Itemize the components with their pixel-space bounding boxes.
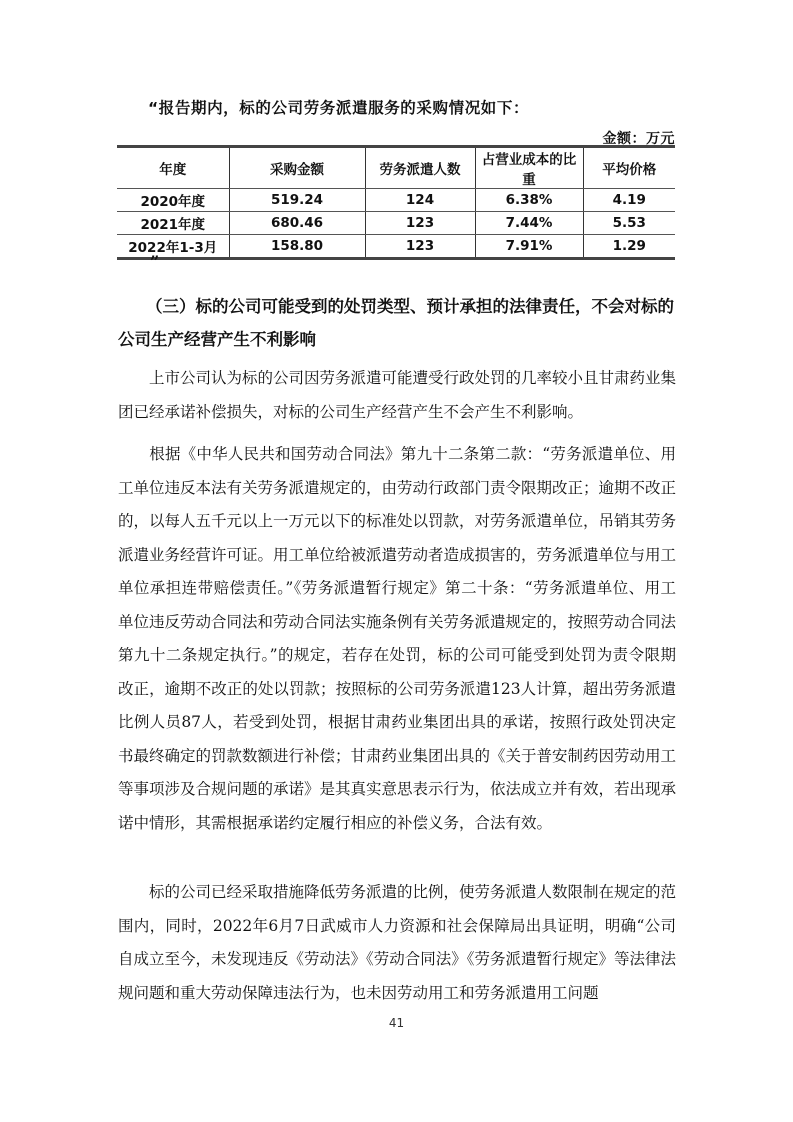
cell-year: 2020年度 — [117, 189, 229, 212]
document-page: “报告期内，标的公司劳务派遣服务的采购情况如下： 金额：万元 年度 采购金额 劳… — [0, 0, 793, 1122]
paragraph-1-text: 上市公司认为标的公司因劳务派遣可能遭受行政处罚的几率较小且甘肃药业集团已经承诺补… — [118, 369, 676, 421]
cell-headcount: 124 — [365, 189, 475, 212]
section-heading: （三）标的公司可能受到的处罚类型、预计承担的法律责任，不会对标的 公司生产经营产… — [118, 290, 678, 356]
procurement-table: 年度 采购金额 劳务派遣人数 占营业成本的比重 平均价格 2020年度 519.… — [117, 145, 675, 260]
table-header-row: 年度 采购金额 劳务派遣人数 占营业成本的比重 平均价格 — [117, 147, 675, 189]
cell-headcount: 123 — [365, 235, 475, 259]
paragraph-2: 根据《中华人民共和国劳动合同法》第九十二条第二款：“劳务派遣单位、用工单位违反本… — [118, 438, 676, 840]
header-amount: 采购金额 — [229, 147, 365, 189]
closing-quote-mark: ” — [150, 252, 159, 271]
cell-amount: 680.46 — [229, 212, 365, 235]
header-year: 年度 — [117, 147, 229, 189]
table-row: 2020年度 519.24 124 6.38% 4.19 — [117, 189, 675, 212]
cell-avg-price: 4.19 — [583, 189, 675, 212]
paragraph-3-text: 标的公司已经采取措施降低劳务派遣的比例，使劳务派遣人数限制在规定的范围内，同时，… — [118, 883, 676, 1002]
table-row: 2022年1-3月 158.80 123 7.91% 1.29 — [117, 235, 675, 259]
paragraph-2-text: 根据《中华人民共和国劳动合同法》第九十二条第二款：“劳务派遣单位、用工单位违反本… — [118, 445, 676, 832]
cell-year: 2021年度 — [117, 212, 229, 235]
header-avg-price: 平均价格 — [583, 147, 675, 189]
page-number: 41 — [0, 1016, 793, 1030]
intro-quote-line: “报告期内，标的公司劳务派遣服务的采购情况如下： — [148, 96, 529, 118]
table-row: 2021年度 680.46 123 7.44% 5.53 — [117, 212, 675, 235]
cell-cost-ratio: 7.91% — [475, 235, 583, 259]
cell-cost-ratio: 6.38% — [475, 189, 583, 212]
cell-headcount: 123 — [365, 212, 475, 235]
cell-avg-price: 1.29 — [583, 235, 675, 259]
section-heading-line2: 公司生产经营产生不利影响 — [118, 323, 678, 356]
cell-amount: 158.80 — [229, 235, 365, 259]
cell-year: 2022年1-3月 — [117, 235, 229, 259]
header-cost-ratio: 占营业成本的比重 — [475, 147, 583, 189]
cell-cost-ratio: 7.44% — [475, 212, 583, 235]
paragraph-1: 上市公司认为标的公司因劳务派遣可能遭受行政处罚的几率较小且甘肃药业集团已经承诺补… — [118, 362, 676, 429]
paragraph-3: 标的公司已经采取措施降低劳务派遣的比例，使劳务派遣人数限制在规定的范围内，同时，… — [118, 876, 676, 1010]
cell-avg-price: 5.53 — [583, 212, 675, 235]
section-heading-line1: （三）标的公司可能受到的处罚类型、预计承担的法律责任，不会对标的 — [118, 290, 678, 323]
header-headcount: 劳务派遣人数 — [365, 147, 475, 189]
cell-amount: 519.24 — [229, 189, 365, 212]
